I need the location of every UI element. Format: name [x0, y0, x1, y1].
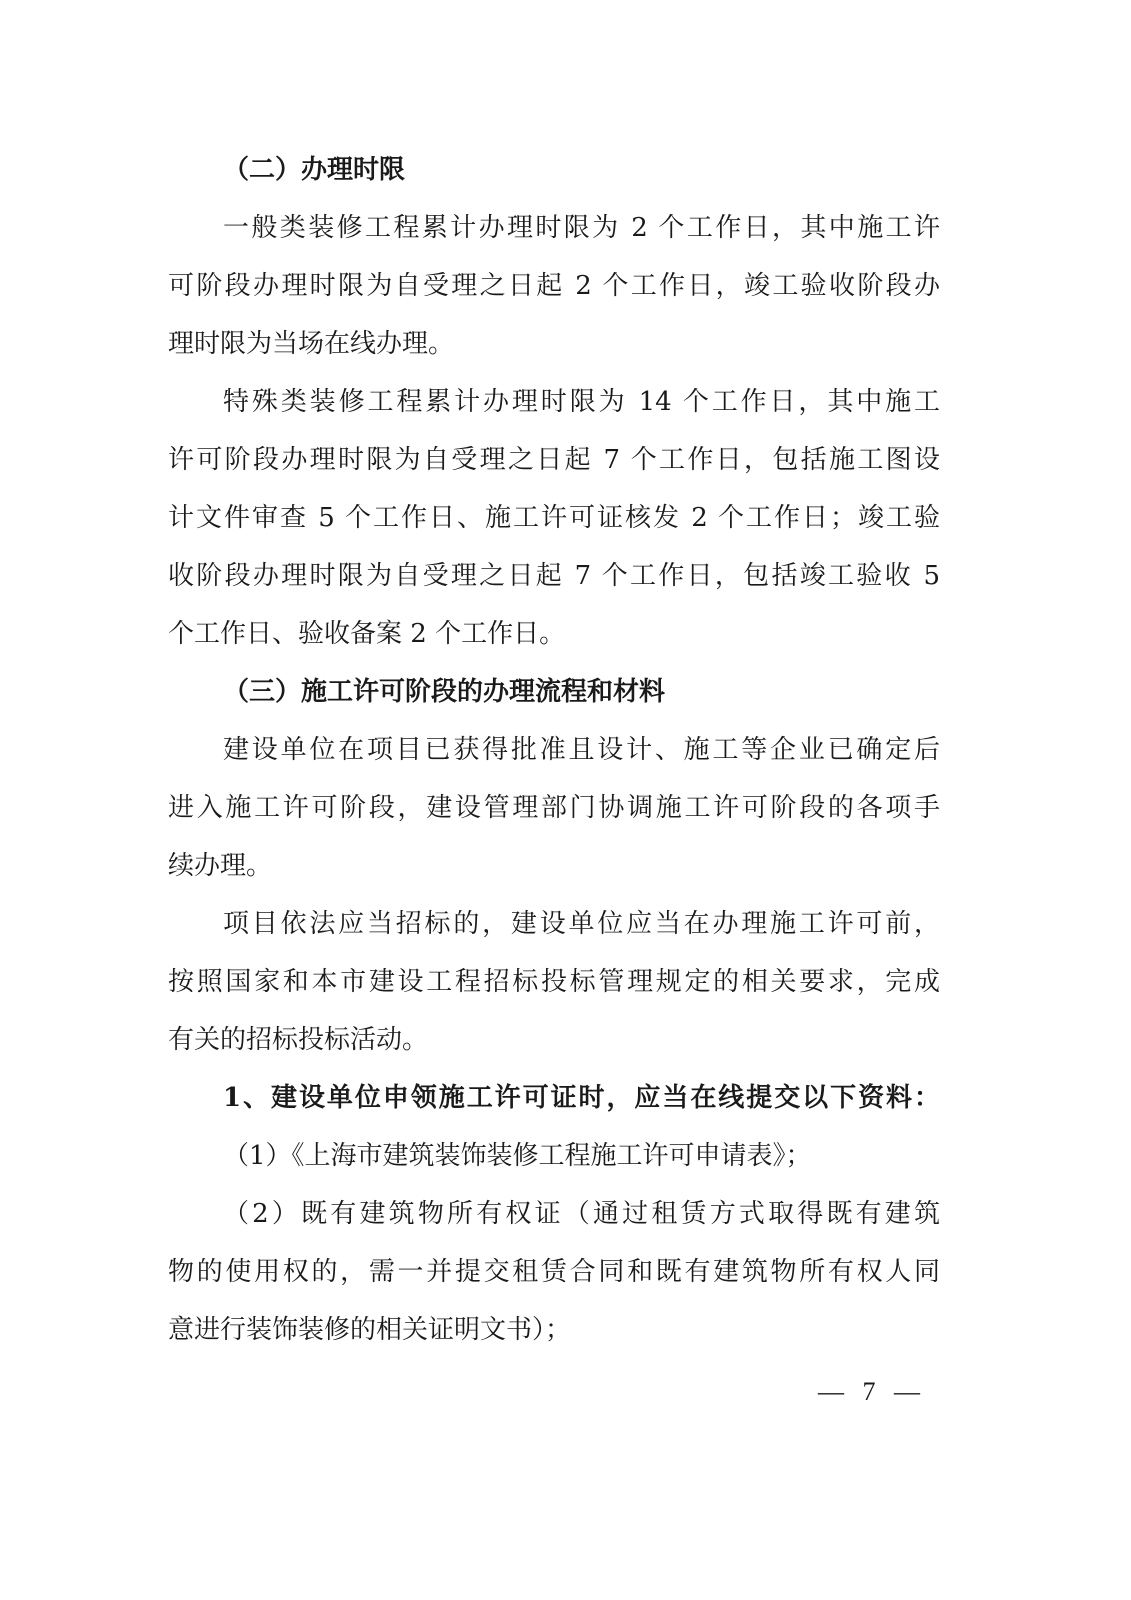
paragraph-line: 按照国家和本市建设工程招标投标管理规定的相关要求，完成: [168, 962, 940, 1002]
paragraph-line: 可阶段办理时限为自受理之日起 2 个工作日，竣工验收阶段办: [168, 266, 940, 306]
section-heading-time-limit: （二）办理时限: [168, 150, 940, 190]
subheading-required-documents: 1、建设单位申领施工许可证时，应当在线提交以下资料：: [168, 1078, 940, 1118]
paragraph-line: 物的使用权的，需一并提交租赁合同和既有建筑物所有权人同: [168, 1252, 940, 1292]
list-item-application-form: （1）《上海市建筑装饰装修工程施工许可申请表》；: [168, 1136, 940, 1176]
paragraph-line: 有关的招标投标活动。: [168, 1020, 940, 1060]
paragraph-line: 许可阶段办理时限为自受理之日起 7 个工作日，包括施工图设: [168, 440, 940, 480]
paragraph-line: 意进行装饰装修的相关证明文书）；: [168, 1310, 940, 1350]
paragraph-line: 进入施工许可阶段，建设管理部门协调施工许可阶段的各项手: [168, 788, 940, 828]
section-heading-permit-stage: （三）施工许可阶段的办理流程和材料: [168, 672, 940, 712]
paragraph-line: 建设单位在项目已获得批准且设计、施工等企业已确定后: [168, 730, 940, 770]
paragraph-line: 特殊类装修工程累计办理时限为 14 个工作日，其中施工: [168, 382, 940, 422]
page-number: — 7 —: [818, 1372, 926, 1412]
paragraph-line: 收阶段办理时限为自受理之日起 7 个工作日，包括竣工验收 5: [168, 556, 940, 596]
paragraph-line: 续办理。: [168, 846, 940, 886]
paragraph-line: 计文件审查 5 个工作日、施工许可证核发 2 个工作日；竣工验: [168, 498, 940, 538]
paragraph-line: 理时限为当场在线办理。: [168, 324, 940, 364]
paragraph-line: 个工作日、验收备案 2 个工作日。: [168, 614, 940, 654]
paragraph-line: 一般类装修工程累计办理时限为 2 个工作日，其中施工许: [168, 208, 940, 248]
list-item-ownership-certificate: （2）既有建筑物所有权证（通过租赁方式取得既有建筑: [168, 1194, 940, 1234]
paragraph-line: 项目依法应当招标的，建设单位应当在办理施工许可前，: [168, 904, 940, 944]
